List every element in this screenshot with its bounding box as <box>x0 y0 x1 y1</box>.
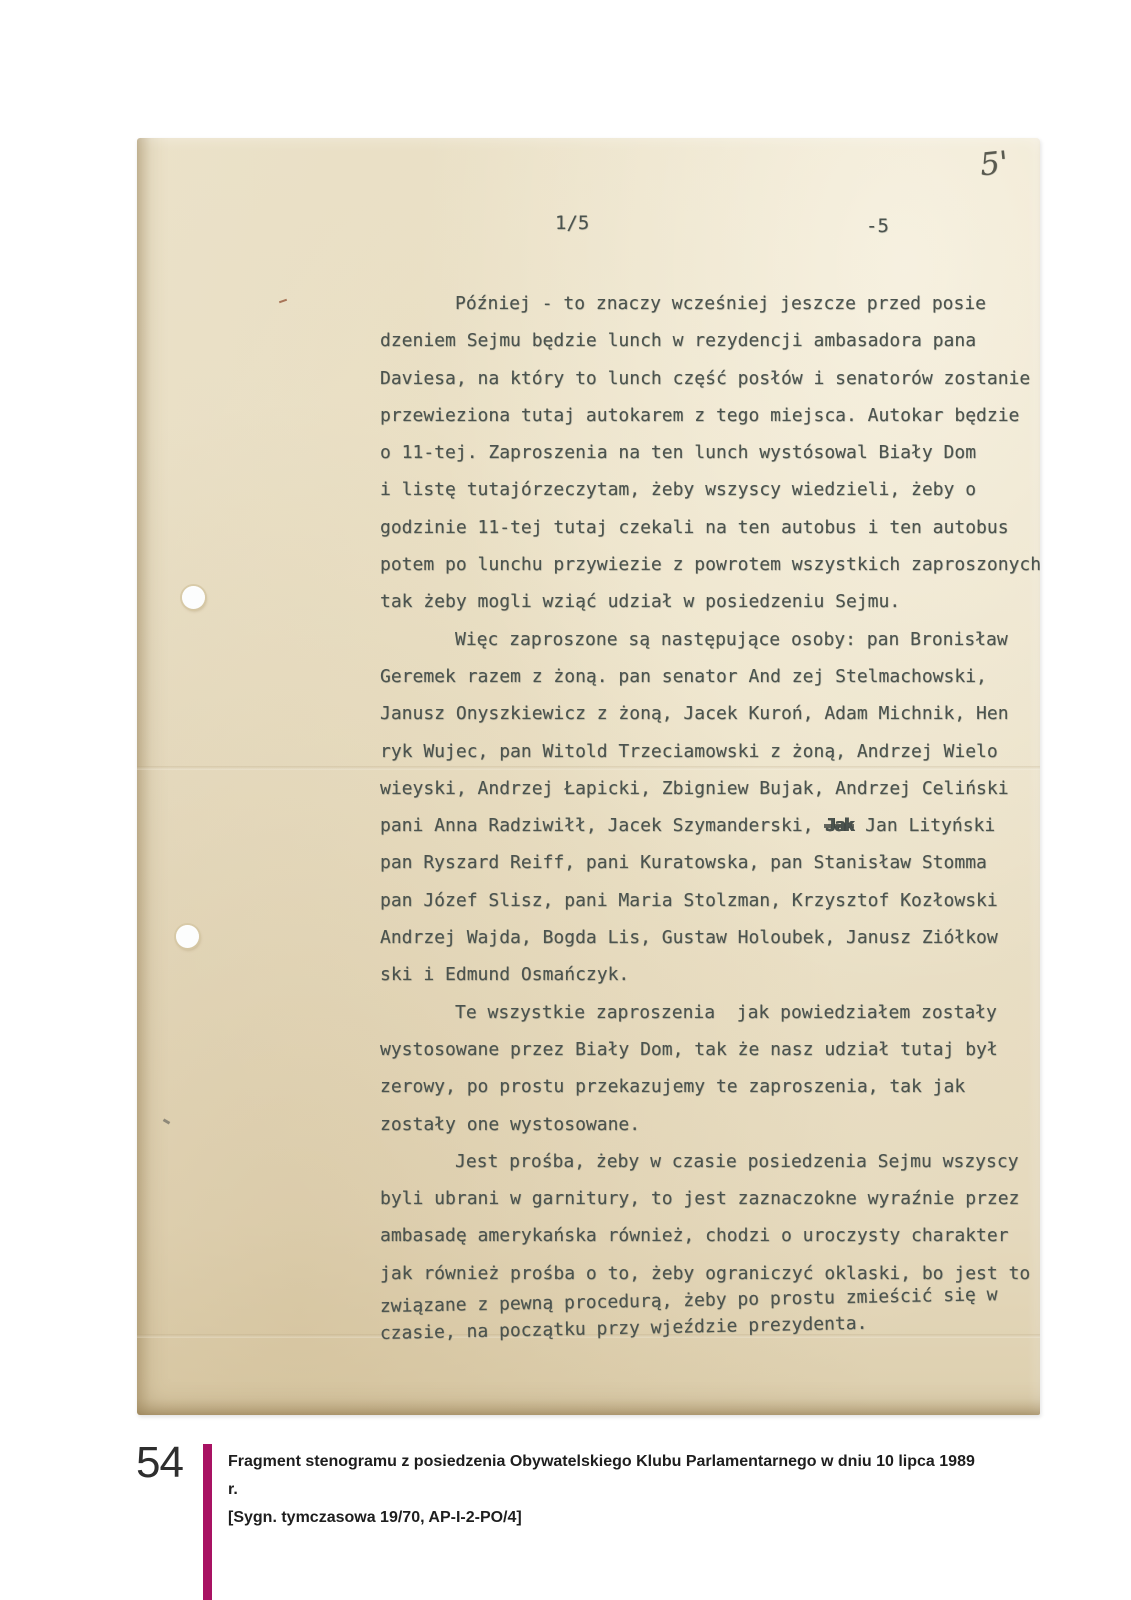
typed-line: byli ubrani w garnitury, to jest zaznacz… <box>380 1188 1040 1225</box>
typed-line: zerowy, po prostu przekazujemy te zapros… <box>380 1076 1040 1113</box>
typed-line: pan Józef Slisz, pani Maria Stolzman, Kr… <box>380 890 1040 927</box>
typed-line: godzinie 11-tej tutaj czekali na ten aut… <box>380 517 1040 554</box>
typed-line: i listę tutajórzeczytam, żeby wszyscy wi… <box>380 479 1040 516</box>
typed-line: Te wszystkie zaproszenia jak powiedziałe… <box>380 1002 1040 1039</box>
typed-line: o 11-tej. Zaproszenia na ten lunch wystó… <box>380 442 1040 479</box>
typed-line: Więc zaproszone są następujące osoby: pa… <box>380 629 1040 666</box>
page-canvas: 5' 1/5 -5 Później - to znaczy wcześniej … <box>0 0 1131 1600</box>
typed-line: pan Ryszard Reiff, pani Kuratowska, pan … <box>380 852 1040 889</box>
typed-line: Andrzej Wajda, Bogda Lis, Gustaw Holoube… <box>380 927 1040 964</box>
typed-line: ryk Wujec, pan Witold Trzeciamowski z żo… <box>380 741 1040 778</box>
typed-line: Później - to znaczy wcześniej jeszcze pr… <box>380 293 1040 330</box>
ink-speck <box>279 299 287 304</box>
typed-line: ski i Edmund Osmańczyk. <box>380 964 1040 1001</box>
caption-accent-bar <box>203 1444 212 1600</box>
typed-line-with-strikeout: pani Anna Radziwiłł, Jacek Szymanderski,… <box>380 815 1040 852</box>
typed-line: wieyski, Andrzej Łapicki, Zbigniew Bujak… <box>380 778 1040 815</box>
typed-line-segment: pani Anna Radziwiłł, Jacek Szymanderski, <box>380 815 824 836</box>
typed-line-segment: Jan Lityński <box>854 815 995 836</box>
typed-text-body: Później - to znaczy wcześniej jeszcze pr… <box>380 293 1040 1300</box>
typed-line: zostały one wystosowane. <box>380 1114 1040 1151</box>
typed-line: Geremek razem z żoną. pan senator And ze… <box>380 666 1040 703</box>
typed-line: tak żeby mogli wziąć udział w posiedzeni… <box>380 591 1040 628</box>
handwritten-page-number: 5' <box>978 145 1010 184</box>
figure-caption: Fragment stenogramu z posiedzenia Obywat… <box>228 1448 988 1532</box>
punch-hole <box>182 586 205 609</box>
book-page-number: 54 <box>136 1438 186 1488</box>
typed-line: Daviesa, na który to lunch część posłów … <box>380 368 1040 405</box>
pencil-speck <box>163 1118 171 1124</box>
caption-signature: [Sygn. tymczasowa 19/70, AP-I-2-PO/4] <box>228 1504 988 1532</box>
typed-page-number: -5 <box>866 215 889 237</box>
typed-line: przewieziona tutaj autokarem z tego miej… <box>380 405 1040 442</box>
caption-title: Fragment stenogramu z posiedzenia Obywat… <box>228 1448 988 1504</box>
typed-line: dzeniem Sejmu będzie lunch w rezydencji … <box>380 330 1040 367</box>
typed-line: ambasadę amerykańska również, chodzi o u… <box>380 1225 1040 1262</box>
scanned-document-page: 5' 1/5 -5 Później - to znaczy wcześniej … <box>137 138 1040 1415</box>
punch-hole <box>176 925 199 948</box>
typed-line: wystosowane przez Biały Dom, tak że nasz… <box>380 1039 1040 1076</box>
typed-line: Janusz Onyszkiewicz z żoną, Jacek Kuroń,… <box>380 703 1040 740</box>
typed-page-fraction: 1/5 <box>555 212 589 234</box>
typed-line: potem po lunchu przywiezie z powrotem ws… <box>380 554 1040 591</box>
typed-line: Jest prośba, żeby w czasie posiedzenia S… <box>380 1151 1040 1188</box>
overstruck-word: Jak <box>824 815 854 836</box>
